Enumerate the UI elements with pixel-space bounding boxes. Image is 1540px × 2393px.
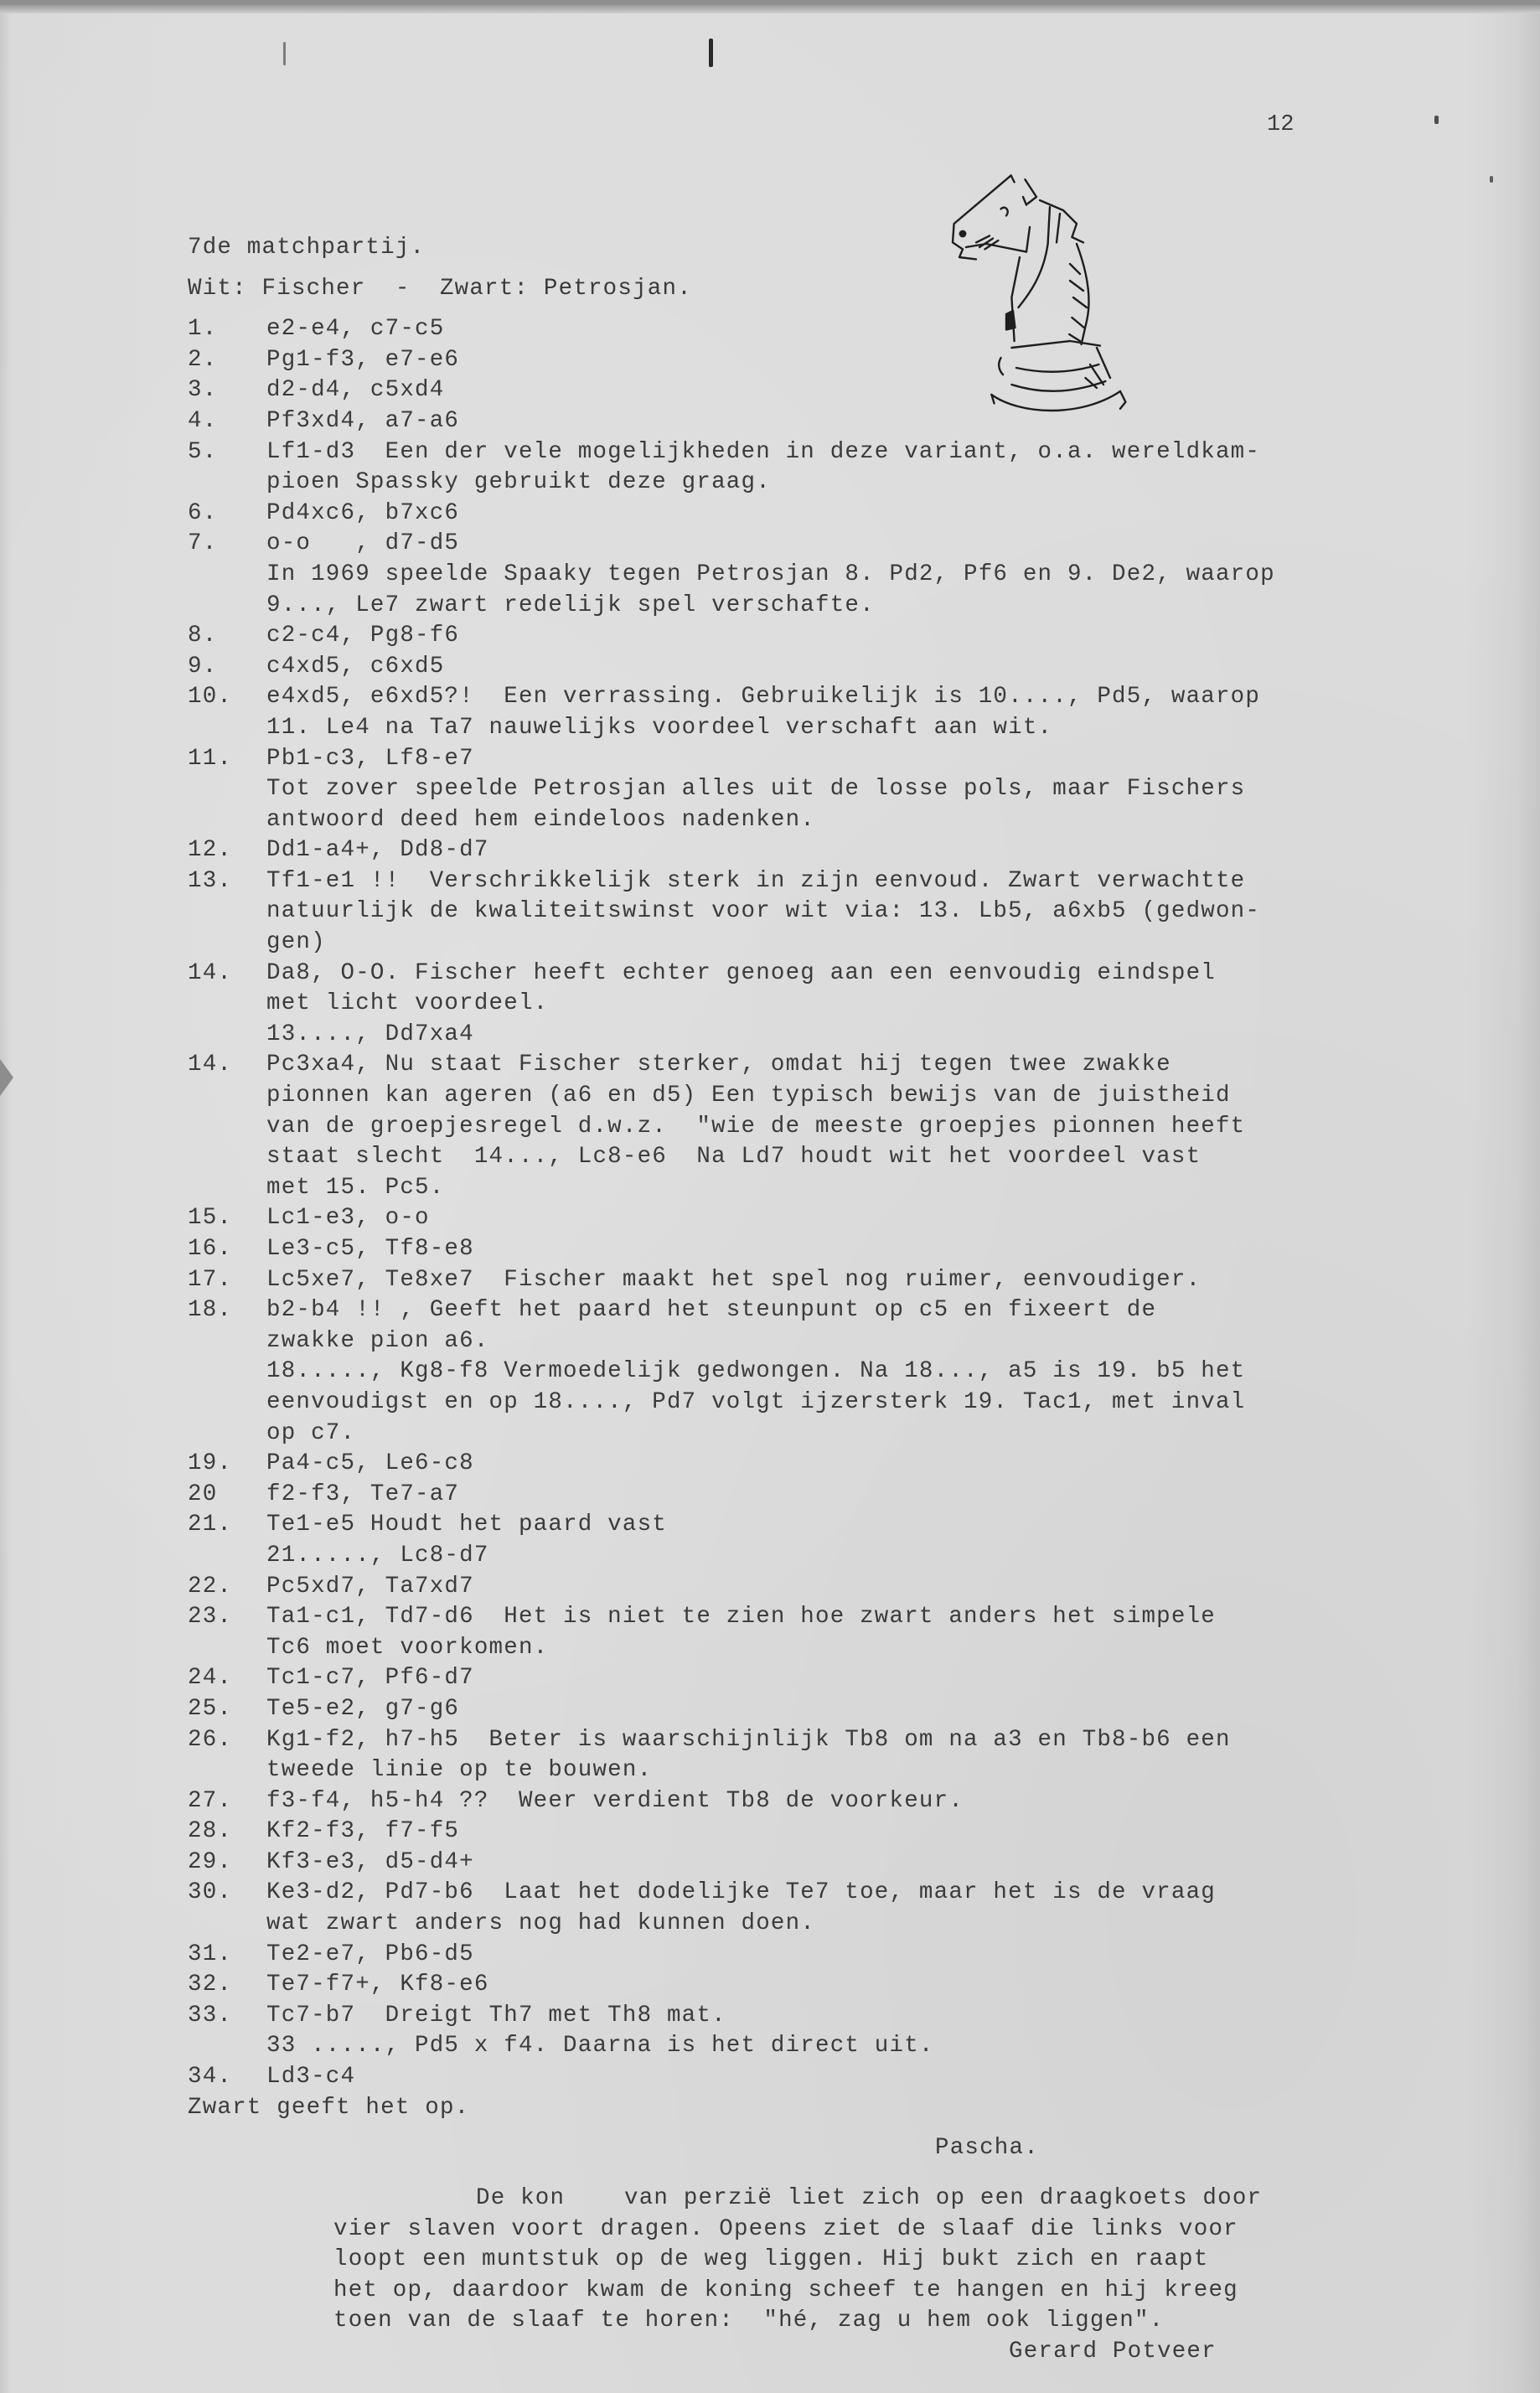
move-row: 16.Le3-c5, Tf8-e8: [188, 1234, 1411, 1265]
move-text: Kf2-f3, f7-f5: [266, 1817, 459, 1848]
move-text: Pg1-f3, e7-e6: [266, 345, 459, 376]
page-number: 12: [1267, 112, 1294, 137]
move-text: Pc5xd7, Ta7xd7: [266, 1572, 474, 1603]
move-number: 28.: [188, 1817, 266, 1848]
move-number: 23.: [188, 1602, 266, 1633]
move-number: 25.: [188, 1694, 266, 1725]
ink-dot: [1490, 176, 1493, 183]
move-number: 11.: [188, 744, 266, 775]
move-annotation: In 1969 speelde Spaaky tegen Petrosjan 8…: [188, 560, 1411, 591]
move-number: 3.: [188, 375, 266, 406]
move-text: Pb1-c3, Lf8-e7: [266, 744, 474, 775]
move-number: 9.: [188, 652, 266, 683]
players-line: Wit: Fischer - Zwart: Petrosjan.: [188, 274, 1411, 305]
move-number: 22.: [188, 1572, 266, 1603]
page-top-edge: [0, 5, 1540, 13]
move-row: 25.Te5-e2, g7-g6: [188, 1694, 1411, 1725]
move-annotation: op c7.: [188, 1419, 1411, 1450]
page-edge-tear: [0, 1059, 13, 1096]
move-number: 33.: [188, 2001, 266, 2032]
move-text: Pc3xa4, Nu staat Fischer sterker, omdat …: [266, 1050, 1171, 1081]
move-number: 31.: [188, 1940, 266, 1971]
move-number: 15.: [188, 1203, 266, 1234]
move-annotation: 13...., Dd7xa4: [188, 1020, 1411, 1051]
move-row: 22.Pc5xd7, Ta7xd7: [188, 1572, 1411, 1603]
move-number: 21.: [188, 1510, 266, 1541]
anecdote-line: loopt een muntstuk op de weg liggen. Hij…: [333, 2245, 1406, 2276]
move-text: Te5-e2, g7-g6: [266, 1694, 459, 1725]
move-row: 20f2-f3, Te7-a7: [188, 1480, 1411, 1511]
move-row: 29.Kf3-e3, d5-d4+: [188, 1848, 1411, 1879]
move-annotation: wat zwart anders nog had kunnen doen.: [188, 1909, 1411, 1940]
move-annotation: Tc6 moet voorkomen.: [188, 1633, 1411, 1664]
move-number: 30.: [188, 1878, 266, 1909]
move-row: 21.Te1-e5 Houdt het paard vast: [188, 1510, 1411, 1541]
move-text: Lc5xe7, Te8xe7 Fischer maakt het spel no…: [266, 1265, 1201, 1296]
move-annotation: 9..., Le7 zwart redelijk spel verschafte…: [188, 591, 1411, 622]
move-row: 6.Pd4xc6, b7xc6: [188, 499, 1411, 530]
move-number: 27.: [188, 1786, 266, 1817]
move-text: Ta1-c1, Td7-d6 Het is niet te zien hoe z…: [266, 1602, 1216, 1633]
signature: Pascha.: [188, 2133, 1411, 2164]
move-number: 20: [188, 1480, 266, 1511]
move-annotation: met licht voordeel.: [188, 989, 1411, 1020]
move-number: 34.: [188, 2062, 266, 2093]
move-text: Pd4xc6, b7xc6: [266, 499, 459, 530]
move-row: 7.o-o , d7-d5: [188, 529, 1411, 560]
move-number: 24.: [188, 1663, 266, 1694]
move-number: 14.: [188, 1050, 266, 1081]
move-number: 6.: [188, 499, 266, 530]
move-number: 29.: [188, 1848, 266, 1879]
move-number: 14.: [188, 959, 266, 990]
move-text: Da8, O-O. Fischer heeft echter genoeg aa…: [266, 959, 1216, 990]
move-number: 7.: [188, 529, 266, 560]
move-annotation: Tot zover speelde Petrosjan alles uit de…: [188, 774, 1411, 805]
move-text: Tc7-b7 Dreigt Th7 met Th8 mat.: [266, 2001, 726, 2032]
move-number: 5.: [188, 437, 266, 468]
move-text: Kf3-e3, d5-d4+: [266, 1848, 474, 1879]
move-number: 17.: [188, 1265, 266, 1296]
move-text: Te7-f7+, Kf8-e6: [266, 1970, 489, 2001]
move-number: 19.: [188, 1449, 266, 1480]
move-row: 28.Kf2-f3, f7-f5: [188, 1817, 1411, 1848]
move-annotation: antwoord deed hem eindeloos nadenken.: [188, 805, 1411, 836]
move-number: 32.: [188, 1970, 266, 2001]
game-notation: 7de matchpartij. Wit: Fischer - Zwart: P…: [188, 233, 1411, 2164]
move-text: Lf1-d3 Een der vele mogelijkheden in dez…: [266, 437, 1260, 468]
move-annotation: met 15. Pc5.: [188, 1173, 1411, 1204]
move-row: 4.Pf3xd4, a7-a6: [188, 406, 1411, 437]
move-row: 31.Te2-e7, Pb6-d5: [188, 1940, 1411, 1971]
move-text: e2-e4, c7-c5: [266, 314, 444, 345]
move-annotation: pionnen kan ageren (a6 en d5) Een typisc…: [188, 1081, 1411, 1112]
move-row: 3.d2-d4, c5xd4: [188, 375, 1411, 406]
move-row: 32.Te7-f7+, Kf8-e6: [188, 1970, 1411, 2001]
move-annotation: natuurlijk de kwaliteitswinst voor wit v…: [188, 897, 1411, 928]
move-text: Le3-c5, Tf8-e8: [266, 1234, 474, 1265]
move-annotation: 33 ....., Pd5 x f4. Daarna is het direct…: [188, 2031, 1411, 2062]
move-row: 30.Ke3-d2, Pd7-b6 Laat het dodelijke Te7…: [188, 1878, 1411, 1909]
move-text: Ld3-c4: [266, 2062, 355, 2093]
game-title: 7de matchpartij.: [188, 233, 1411, 264]
move-text: d2-d4, c5xd4: [266, 375, 444, 406]
move-text: e4xd5, e6xd5?! Een verrassing. Gebruikel…: [266, 682, 1260, 713]
move-annotation: zwakke pion a6.: [188, 1326, 1411, 1357]
move-number: 4.: [188, 406, 266, 437]
move-number: 18.: [188, 1295, 266, 1326]
move-row: 33.Tc7-b7 Dreigt Th7 met Th8 mat.: [188, 2001, 1411, 2032]
move-text: Tf1-e1 !! Verschrikkelijk sterk in zijn …: [266, 866, 1245, 897]
move-number: 1.: [188, 314, 266, 345]
move-text: Kg1-f2, h7-h5 Beter is waarschijnlijk Tb…: [266, 1725, 1231, 1756]
ink-dot: [1434, 116, 1439, 124]
anecdote-line: toen van de slaaf te horen: "hé, zag u h…: [333, 2306, 1406, 2337]
move-row: 1.e2-e4, c7-c5: [188, 314, 1411, 345]
move-row: 14.Da8, O-O. Fischer heeft echter genoeg…: [188, 959, 1411, 990]
anecdote-line: het op, daardoor kwam de koning scheef t…: [333, 2276, 1406, 2307]
move-row: 10.e4xd5, e6xd5?! Een verrassing. Gebrui…: [188, 682, 1411, 713]
move-row: 8.c2-c4, Pg8-f6: [188, 621, 1411, 652]
move-number: 16.: [188, 1234, 266, 1265]
move-text: Tc1-c7, Pf6-d7: [266, 1663, 474, 1694]
move-text: Pf3xd4, a7-a6: [266, 406, 459, 437]
move-annotation: eenvoudigst en op 18...., Pd7 volgt ijze…: [188, 1388, 1411, 1419]
move-text: Ke3-d2, Pd7-b6 Laat het dodelijke Te7 to…: [266, 1878, 1216, 1909]
move-annotation: pioen Spassky gebruikt deze graag.: [188, 468, 1411, 499]
move-text: Lc1-e3, o-o: [266, 1203, 430, 1234]
result-text: Zwart geeft het op.: [188, 2093, 1411, 2124]
move-text: Te2-e7, Pb6-d5: [266, 1940, 474, 1971]
move-row: 5.Lf1-d3 Een der vele mogelijkheden in d…: [188, 437, 1411, 468]
move-row: 15.Lc1-e3, o-o: [188, 1203, 1411, 1234]
move-text: Dd1-a4+, Dd8-d7: [266, 835, 489, 866]
move-annotation: tweede linie op te bouwen.: [188, 1755, 1411, 1786]
move-text: Te1-e5 Houdt het paard vast: [266, 1510, 667, 1541]
move-row: 13.Tf1-e1 !! Verschrikkelijk sterk in zi…: [188, 866, 1411, 897]
move-number: 26.: [188, 1725, 266, 1756]
move-number: 12.: [188, 835, 266, 866]
move-annotation: 21....., Lc8-d7: [188, 1541, 1411, 1572]
move-row: 17.Lc5xe7, Te8xe7 Fischer maakt het spel…: [188, 1265, 1411, 1296]
move-annotation: 11. Le4 na Ta7 nauwelijks voordeel versc…: [188, 713, 1411, 744]
move-row: 24.Tc1-c7, Pf6-d7: [188, 1663, 1411, 1694]
move-number: 13.: [188, 866, 266, 897]
move-row: 18.b2-b4 !! , Geeft het paard het steunp…: [188, 1295, 1411, 1326]
move-text: o-o , d7-d5: [266, 529, 459, 560]
move-row: 14.Pc3xa4, Nu staat Fischer sterker, omd…: [188, 1050, 1411, 1081]
punch-mark: [283, 42, 286, 65]
anecdote-line: vier slaven voort dragen. Opeens ziet de…: [333, 2215, 1406, 2246]
move-text: b2-b4 !! , Geeft het paard het steunpunt…: [266, 1295, 1156, 1326]
move-row: 11.Pb1-c3, Lf8-e7: [188, 744, 1411, 775]
scanned-page: 12 7de matchpartij. Wit: Fischer - Zwart…: [0, 5, 1540, 2393]
anecdote-author: Gerard Potveer: [333, 2337, 1406, 2368]
move-row: 26.Kg1-f2, h7-h5 Beter is waarschijnlijk…: [188, 1725, 1411, 1756]
move-row: 9.c4xd5, c6xd5: [188, 652, 1411, 683]
move-annotation: van de groepjesregel d.w.z. "wie de mees…: [188, 1112, 1411, 1143]
move-row: 34.Ld3-c4: [188, 2062, 1411, 2093]
move-list: 1.e2-e4, c7-c52.Pg1-f3, e7-e63.d2-d4, c5…: [188, 314, 1411, 2092]
move-annotation: staat slecht 14..., Lc8-e6 Na Ld7 houdt …: [188, 1142, 1411, 1173]
punch-mark: [709, 39, 713, 67]
move-text: Pa4-c5, Le6-c8: [266, 1449, 474, 1480]
move-row: 27.f3-f4, h5-h4 ?? Weer verdient Tb8 de …: [188, 1786, 1411, 1817]
move-annotation: 18....., Kg8-f8 Vermoedelijk gedwongen. …: [188, 1357, 1411, 1388]
move-text: f2-f3, Te7-a7: [266, 1480, 459, 1511]
anecdote: De kon van perzië liet zich op een draag…: [333, 2184, 1406, 2368]
anecdote-line: De kon van perzië liet zich op een draag…: [333, 2184, 1406, 2215]
move-number: 10.: [188, 682, 266, 713]
move-row: 2.Pg1-f3, e7-e6: [188, 345, 1411, 376]
move-number: 8.: [188, 621, 266, 652]
move-annotation: gen): [188, 928, 1411, 959]
move-text: c2-c4, Pg8-f6: [266, 621, 459, 652]
move-text: f3-f4, h5-h4 ?? Weer verdient Tb8 de voo…: [266, 1786, 964, 1817]
move-row: 19.Pa4-c5, Le6-c8: [188, 1449, 1411, 1480]
move-text: c4xd5, c6xd5: [266, 652, 444, 683]
move-number: 2.: [188, 345, 266, 376]
move-row: 23.Ta1-c1, Td7-d6 Het is niet te zien ho…: [188, 1602, 1411, 1633]
move-row: 12.Dd1-a4+, Dd8-d7: [188, 835, 1411, 866]
